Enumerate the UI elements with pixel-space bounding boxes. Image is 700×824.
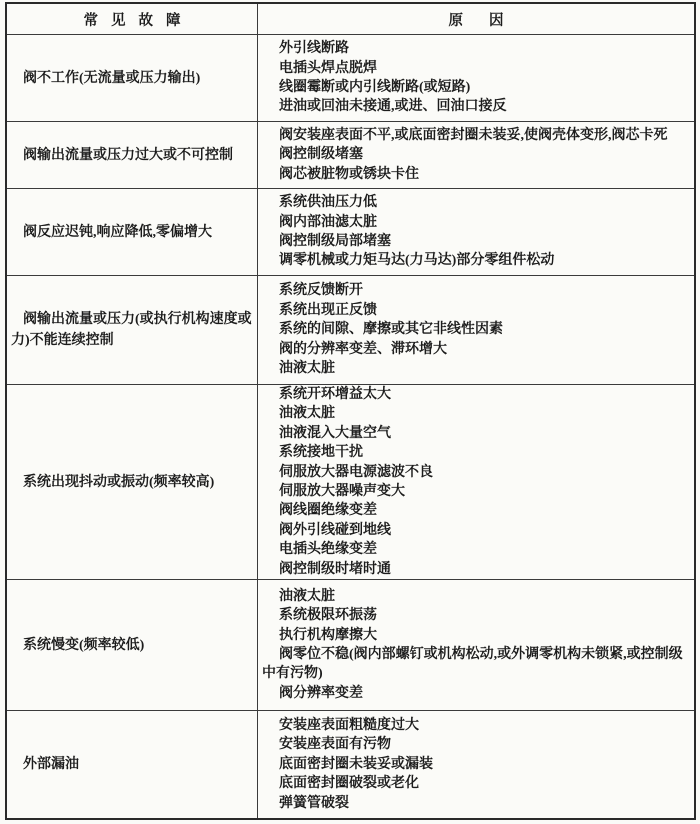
fault-cell: 系统出现抖动或振动(频率较高)	[7, 385, 258, 579]
table-row: 外部漏油 安装座表面粗糙度过大安装座表面有污物底面密封圈未装妥或漏装底面密封圈破…	[7, 710, 694, 818]
cause-item: 底面密封圈破裂或老化	[262, 774, 688, 793]
fault-label: 阀输出流量或压力(或执行机构速度或力)不能连续控制	[7, 309, 257, 351]
cause-item: 阀外引线碰到地线	[262, 521, 688, 540]
fault-cell: 系统慢变(频率较低)	[7, 580, 258, 710]
cause-item: 油液太脏	[262, 359, 688, 378]
cause-item: 阀控制级局部堵塞	[262, 232, 688, 251]
fault-label: 外部漏油	[7, 754, 81, 775]
cause-cell: 系统反馈断开系统出现正反馈系统的间隙、摩擦或其它非线性因素阀的分辨率变差、滞环增…	[258, 276, 694, 384]
cause-item: 系统出现正反馈	[262, 301, 688, 320]
cause-item: 阀零位不稳(阀内部螺钉或机构松动,或外调零机构未锁紧,或控制级中有污物)	[262, 645, 688, 684]
cause-item: 阀安装座表面不平,或底面密封圈未装妥,使阀壳体变形,阀芯卡死	[262, 126, 688, 145]
fault-cell: 阀不工作(无流量或压力输出)	[7, 35, 258, 121]
fault-table-body: 阀不工作(无流量或压力输出) 外引线断路电插头焊点脱焊线圈霉断或内引线断路(或短…	[7, 34, 694, 818]
header-cause-label: 原因	[423, 9, 530, 30]
cause-cell: 阀安装座表面不平,或底面密封圈未装妥,使阀壳体变形,阀芯卡死阀控制级堵塞阀芯被脏…	[258, 122, 694, 188]
table-row: 阀输出流量或压力过大或不可控制 阀安装座表面不平,或底面密封圈未装妥,使阀壳体变…	[7, 121, 694, 188]
cause-item: 油液太脏	[262, 587, 688, 606]
cause-item: 安装座表面有污物	[262, 735, 688, 754]
header-cause-column: 原因	[258, 4, 694, 34]
fault-label: 阀输出流量或压力过大或不可控制	[7, 145, 235, 166]
cause-cell: 外引线断路电插头焊点脱焊线圈霉断或内引线断路(或短路)进油或回油未接通,或进、回…	[258, 35, 694, 121]
cause-item: 电插头焊点脱焊	[262, 59, 688, 78]
cause-item: 系统极限环振荡	[262, 606, 688, 625]
table-row: 系统出现抖动或振动(频率较高) 系统开环增益太大油液太脏油液混入大量空气系统接地…	[7, 384, 694, 579]
fault-cell: 外部漏油	[7, 711, 258, 818]
cause-item: 进油或回油未接通,或进、回油口接反	[262, 97, 688, 116]
header-fault-column: 常见故障	[7, 4, 258, 34]
cause-cell: 安装座表面粗糙度过大安装座表面有污物底面密封圈未装妥或漏装底面密封圈破裂或老化弹…	[258, 711, 694, 818]
cause-item: 系统供油压力低	[262, 193, 688, 212]
fault-label: 系统出现抖动或振动(频率较高)	[7, 472, 216, 493]
scanned-document-page: 常见故障 原因 阀不工作(无流量或压力输出) 外引线断路电插头焊点脱焊线圈霉断或…	[0, 0, 700, 824]
cause-cell: 油液太脏系统极限环振荡执行机构摩擦大阀零位不稳(阀内部螺钉或机构松动,或外调零机…	[258, 580, 694, 710]
header-fault-label: 常见故障	[71, 9, 194, 30]
cause-item: 阀分辨率变差	[262, 684, 688, 703]
cause-item: 阀芯被脏物或锈块卡住	[262, 165, 688, 184]
cause-item: 阀控制级堵塞	[262, 145, 688, 164]
cause-item: 伺服放大器噪声变大	[262, 482, 688, 501]
cause-cell: 系统供油压力低阀内部油滤太脏阀控制级局部堵塞调零机械或力矩马达(力马达)部分零组…	[258, 189, 694, 275]
cause-item: 阀控制级时堵时通	[262, 560, 688, 579]
cause-item: 系统的间隙、摩擦或其它非线性因素	[262, 320, 688, 339]
cause-item: 安装座表面粗糙度过大	[262, 716, 688, 735]
cause-item: 系统接地干扰	[262, 443, 688, 462]
table-header-row: 常见故障 原因	[7, 4, 694, 34]
table-row: 系统慢变(频率较低) 油液太脏系统极限环振荡执行机构摩擦大阀零位不稳(阀内部螺钉…	[7, 579, 694, 710]
fault-label: 阀不工作(无流量或压力输出)	[7, 68, 202, 89]
cause-cell: 系统开环增益太大油液太脏油液混入大量空气系统接地干扰伺服放大器电源滤波不良伺服放…	[258, 385, 694, 579]
cause-item: 调零机械或力矩马达(力马达)部分零组件松动	[262, 251, 688, 270]
cause-item: 弹簧管破裂	[262, 794, 688, 813]
fault-cell: 阀输出流量或压力过大或不可控制	[7, 122, 258, 188]
fault-cause-table: 常见故障 原因 阀不工作(无流量或压力输出) 外引线断路电插头焊点脱焊线圈霉断或…	[5, 2, 696, 820]
fault-label: 阀反应迟钝,响应降低,零偏增大	[7, 222, 214, 243]
cause-item: 油液混入大量空气	[262, 424, 688, 443]
fault-cell: 阀输出流量或压力(或执行机构速度或力)不能连续控制	[7, 276, 258, 384]
cause-item: 伺服放大器电源滤波不良	[262, 463, 688, 482]
table-row: 阀反应迟钝,响应降低,零偏增大 系统供油压力低阀内部油滤太脏阀控制级局部堵塞调零…	[7, 188, 694, 275]
fault-label: 系统慢变(频率较低)	[7, 635, 146, 656]
fault-cell: 阀反应迟钝,响应降低,零偏增大	[7, 189, 258, 275]
cause-item: 底面密封圈未装妥或漏装	[262, 755, 688, 774]
cause-item: 系统开环增益太大	[262, 385, 688, 404]
cause-item: 阀的分辨率变差、滞环增大	[262, 340, 688, 359]
cause-item: 阀线圈绝缘变差	[262, 501, 688, 520]
cause-item: 执行机构摩擦大	[262, 626, 688, 645]
cause-item: 系统反馈断开	[262, 281, 688, 300]
cause-item: 油液太脏	[262, 404, 688, 423]
cause-item: 阀内部油滤太脏	[262, 213, 688, 232]
cause-item: 电插头绝缘变差	[262, 540, 688, 559]
cause-item: 线圈霉断或内引线断路(或短路)	[262, 78, 688, 97]
cause-item: 外引线断路	[262, 39, 688, 58]
table-row: 阀输出流量或压力(或执行机构速度或力)不能连续控制 系统反馈断开系统出现正反馈系…	[7, 275, 694, 384]
table-row: 阀不工作(无流量或压力输出) 外引线断路电插头焊点脱焊线圈霉断或内引线断路(或短…	[7, 34, 694, 121]
